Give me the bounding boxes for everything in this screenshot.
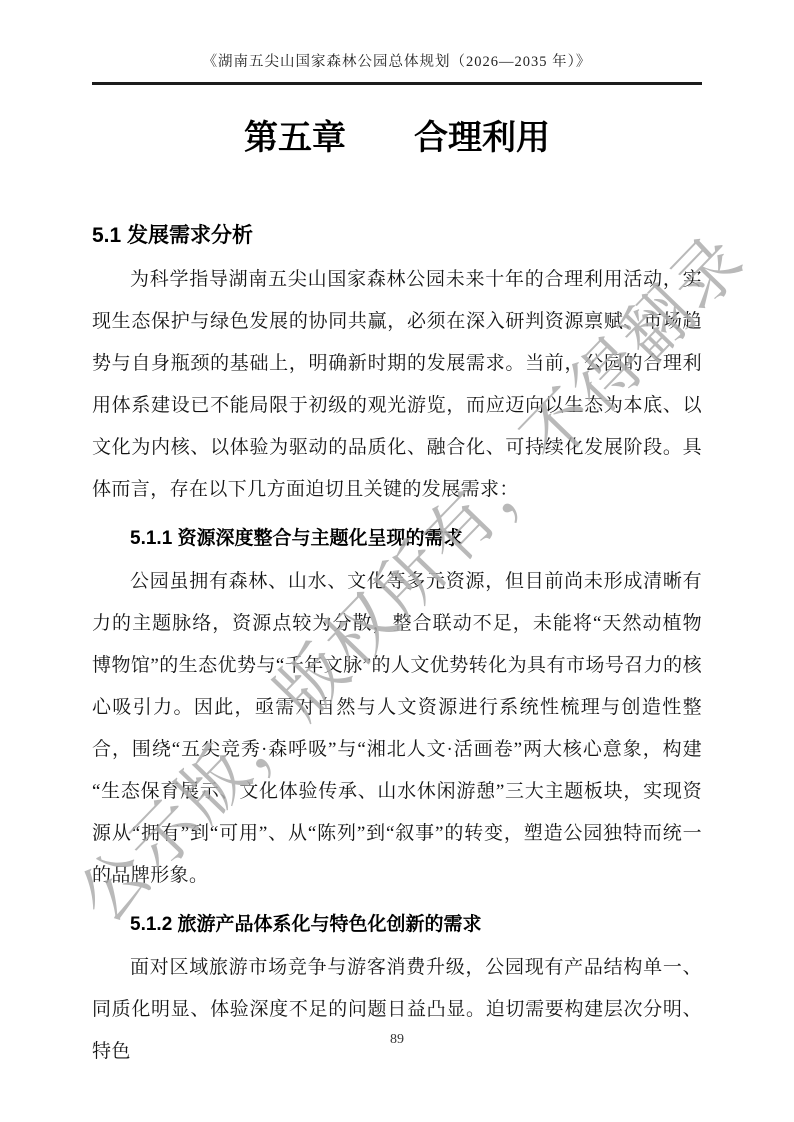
document-page: 《湖南五尖山国家森林公园总体规划（2026—2035 年）》 第五章 合理利用 …: [0, 0, 794, 1122]
paragraph-5-1-2: 面对区域旅游市场竞争与游客消费升级，公园现有产品结构单一、同质化明显、体验深度不…: [92, 947, 702, 1073]
paragraph-5-1-1: 公园虽拥有森林、山水、文化等多元资源，但目前尚未形成清晰有力的主题脉络，资源点较…: [92, 561, 702, 897]
document-body: 5.1 发展需求分析 为科学指导湖南五尖山国家森林公园未来十年的合理利用活动，实…: [92, 221, 702, 1073]
section-heading-5-1-1: 5.1.1 资源深度整合与主题化呈现的需求: [130, 525, 702, 553]
page-header-title: 《湖南五尖山国家森林公园总体规划（2026—2035 年）》: [0, 0, 794, 71]
page-number: 89: [0, 1032, 794, 1048]
paragraph-5-1: 为科学指导湖南五尖山国家森林公园未来十年的合理利用活动，实现生态保护与绿色发展的…: [92, 259, 702, 511]
section-heading-5-1: 5.1 发展需求分析: [92, 221, 702, 251]
section-heading-5-1-2: 5.1.2 旅游产品体系化与特色化创新的需求: [130, 911, 702, 939]
header-divider: [92, 82, 702, 85]
chapter-title: 第五章 合理利用: [0, 113, 794, 163]
